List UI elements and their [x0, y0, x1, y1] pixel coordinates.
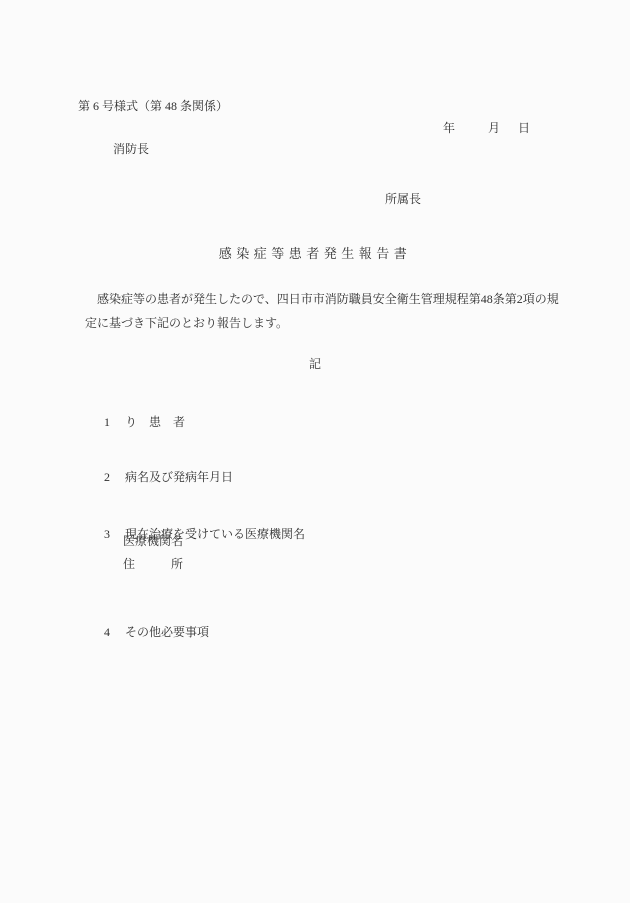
document-page: 第 6 号様式（第 48 条関係） 年 月 日 消防長 所属長 感染症等患者発生…	[0, 0, 630, 903]
item-label: その他必要事項	[125, 625, 209, 639]
item-label: 病名及び発病年月日	[125, 470, 233, 484]
date-line: 年 月 日	[0, 120, 630, 136]
date-year-label: 年	[443, 120, 455, 136]
form-number: 第 6 号様式（第 48 条関係）	[78, 98, 228, 114]
item-number: 4	[104, 624, 125, 640]
item-label: り 患 者	[125, 415, 185, 429]
item-1-patient: 1り 患 者	[92, 398, 185, 446]
item-2-disease-name-date: 2病名及び発病年月日	[92, 453, 233, 501]
document-title: 感染症等患者発生報告書	[0, 246, 630, 262]
body-paragraph: 感染症等の患者が発生したので、四日市市消防職員安全衛生管理規程第48条第2項の規…	[85, 287, 563, 335]
item-3-sub-address: 住 所	[123, 556, 183, 572]
item-number: 1	[104, 414, 125, 430]
date-day-label: 日	[518, 120, 530, 136]
sender-section-chief: 所属長	[385, 191, 421, 207]
item-4-other-necessary-matters: 4その他必要事項	[92, 608, 209, 656]
item-number: 2	[104, 469, 125, 485]
addressee-fire-chief: 消防長	[113, 141, 149, 157]
item-3-sub-institution-name: 医療機関名	[123, 533, 183, 549]
item-number: 3	[104, 526, 125, 542]
date-month-label: 月	[488, 120, 500, 136]
record-marker: 記	[0, 356, 630, 372]
